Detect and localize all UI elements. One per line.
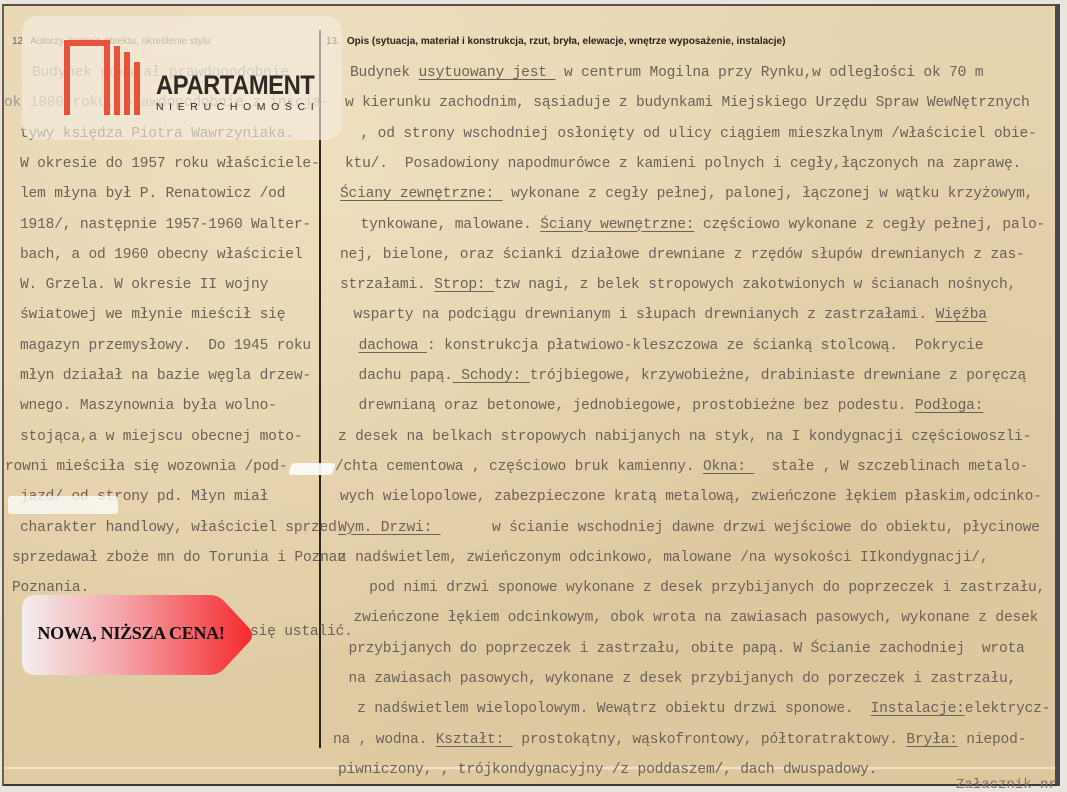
section-13-line: ktu/. Posadowiony napodmurówce z kamieni…: [345, 155, 1021, 173]
underlined-heading: Więźba: [935, 307, 986, 323]
underlined-heading: dachowa: [359, 338, 427, 354]
section-13-line: piwniczony, , trójkondygnacyjny /z podda…: [338, 761, 877, 779]
section-13-heading: 13.Opis (sytuacja, materiał i konstrukcj…: [326, 36, 785, 47]
paper-damage-chip: [288, 463, 336, 475]
section-13-line: na , wodna. Kształt: prostokątny, wąskof…: [333, 731, 1026, 749]
text-run: w kierunku zachodnim, sąsiaduje z budynk…: [345, 95, 1030, 111]
section-12-line: się ustalić.: [250, 623, 353, 641]
underlined-heading: Strop:: [434, 277, 494, 293]
section-13-line: tynkowane, malowane. Ściany wewnętrzne: …: [352, 216, 1045, 234]
underlined-heading: Wym. Drzwi:: [338, 520, 441, 536]
section-12-line: lem młyna był P. Renatowicz /od: [20, 185, 285, 203]
section-12-line: W okresie do 1957 roku właściciele-: [20, 155, 320, 173]
underlined-heading: Ściany wewnętrzne:: [540, 217, 694, 233]
underlined-heading: Ściany zewnętrzne:: [340, 186, 503, 202]
text-run: na , wodna.: [333, 732, 436, 748]
text-run: drewnianą oraz betonowe, jednobiegowe, p…: [350, 398, 915, 414]
text-run: /chta cementowa , częściowo bruk kamienn…: [335, 459, 703, 475]
text-run: piwniczony, , trójkondygnacyjny /z podda…: [338, 762, 877, 778]
section-13-line: w kierunku zachodnim, sąsiaduje z budynk…: [345, 94, 1030, 112]
section-13-line: strzałami. Strop: tzw nagi, z belek stro…: [340, 276, 1016, 294]
text-run: , od strony wschodniej osłonięty od ulic…: [352, 126, 1037, 142]
text-run: na zawiasach pasowych, wykonane z desek …: [340, 671, 1016, 687]
section-13-line: Ściany zewnętrzne: wykonane z cegły pełn…: [340, 185, 1033, 203]
text-run: nej, bielone, oraz ścianki działowe drew…: [340, 247, 1025, 263]
section-13-line: Wym. Drzwi: w ścianie wschodniej dawne d…: [338, 519, 1040, 537]
underlined-heading: Schody:: [453, 368, 530, 384]
text-run: zwieńczone łękiem odcinkowym, obok wrota…: [345, 610, 1038, 626]
section-13-line: nej, bielone, oraz ścianki działowe drew…: [340, 246, 1025, 264]
text-run: wych wielopolowe, zabezpieczone kratą me…: [340, 489, 1042, 505]
underlined-heading: Okna:: [703, 459, 754, 475]
section-12-line: 1918/, następnie 1957-1960 Walter-: [20, 216, 311, 234]
section-12-line: magazyn przemysłowy. Do 1945 roku: [20, 337, 311, 355]
text-run: pod nimi drzwi sponowe wykonane z desek …: [352, 580, 1045, 596]
section-12-line: W. Grzela. W okresie II wojny: [20, 276, 268, 294]
text-run: elektrycz-: [965, 701, 1051, 717]
text-run: częściowo wykonane z cegły pełnej, palo-: [694, 217, 1045, 233]
badge-label: NOWA, NIŻSZA CENA!: [26, 623, 236, 644]
footer-note: Załacznik nr: [956, 776, 1057, 792]
text-run: dachu papą.: [350, 368, 453, 384]
section-12-line: rowni mieściła się wozownia /pod-: [5, 458, 287, 476]
section-13-line: pod nimi drzwi sponowe wykonane z desek …: [352, 579, 1045, 597]
text-run: Budynek: [350, 65, 418, 81]
text-run: z desek na belkach stropowych nabijanych…: [338, 429, 1031, 445]
section-13-line: wsparty na podciągu drewnianym i słupach…: [345, 306, 987, 324]
section-13-line: dachu papą. Schody: trójbiegowe, krzywob…: [350, 367, 1026, 385]
text-run: strzałami.: [340, 277, 434, 293]
section-12-line: stojąca,a w miejscu obecnej moto-: [20, 428, 302, 446]
paper-damage-chip: [8, 496, 118, 514]
text-run: ktu/. Posadowiony napodmurówce z kamieni…: [345, 156, 1021, 172]
section-12-line: bach, a od 1960 obecny właściciel: [20, 246, 302, 264]
text-run: z nadświetlem, zwieńczonym odcinkowo, ma…: [338, 550, 988, 566]
text-run: w ścianie wschodniej dawne drzwi wejścio…: [441, 520, 1040, 536]
text-run: prostokątny, wąskofrontowy, półtoratrakt…: [513, 732, 907, 748]
text-run: : konstrukcja płatwiowo-kleszczowa ze śc…: [427, 338, 983, 354]
text-run: stałe , W szczeblinach metalo-: [754, 459, 1028, 475]
logo-subtitle: NIERUCHOMOŚCI: [156, 101, 319, 113]
text-run: w centrum Mogilna przy Rynku,w odległośc…: [555, 65, 983, 81]
underlined-heading: Instalacje:: [871, 701, 965, 717]
section-12-line: światowej we młynie mieścił się: [20, 306, 285, 324]
logo-title: APARTAMENT: [156, 70, 314, 101]
underlined-heading: Bryła:: [906, 732, 957, 748]
text-run: trójbiegowe, krzywobieżne, drabiniaste d…: [530, 368, 1026, 384]
section-13-line: z nadświetlem wielopolowym. Wewątrz obie…: [340, 700, 1050, 718]
underlined-heading: usytuowany jest: [418, 65, 555, 81]
text-run: wsparty na podciągu drewnianym i słupach…: [345, 307, 935, 323]
section-12-line: sprzedawał zboże mn do Torunia i Poznan: [12, 549, 346, 567]
section-13-line: zwieńczone łękiem odcinkowym, obok wrota…: [345, 609, 1038, 627]
text-run: niepod-: [958, 732, 1026, 748]
section-13-line: przybijanych do poprzeczek i zastrzału, …: [340, 640, 1025, 658]
section-12-line: młyn działał na bazie węgla drzew-: [20, 367, 311, 385]
section-12-line: wnego. Maszynownia była wolno-: [20, 397, 277, 415]
section-13-line: , od strony wschodniej osłonięty od ulic…: [352, 125, 1037, 143]
text-run: przybijanych do poprzeczek i zastrzału, …: [340, 641, 1025, 657]
text-run: tynkowane, malowane.: [352, 217, 540, 233]
text-run: [350, 338, 359, 354]
section-13-line: z nadświetlem, zwieńczonym odcinkowo, ma…: [338, 549, 988, 567]
price-drop-badge[interactable]: NOWA, NIŻSZA CENA!: [22, 595, 254, 675]
text-run: z nadświetlem wielopolowym. Wewątrz obie…: [340, 701, 871, 717]
text-run: tzw nagi, z belek stropowych zakotwionyc…: [494, 277, 1016, 293]
building-bars-logo-icon: [64, 40, 140, 115]
underlined-heading: Kształt:: [436, 732, 513, 748]
section-13-title: Opis (sytuacja, materiał i konstrukcja, …: [347, 36, 786, 47]
section-13-line: drewnianą oraz betonowe, jednobiegowe, p…: [350, 397, 983, 415]
section-13-line: z desek na belkach stropowych nabijanych…: [338, 428, 1031, 446]
section-13-line: /chta cementowa , częściowo bruk kamienn…: [335, 458, 1028, 476]
section-13-line: Budynek usytuowany jest w centrum Mogiln…: [350, 64, 983, 82]
section-13-line: wych wielopolowe, zabezpieczone kratą me…: [340, 488, 1042, 506]
section-12-line: charakter handlowy, właściciel sprzed: [20, 519, 337, 537]
section-13-line: na zawiasach pasowych, wykonane z desek …: [340, 670, 1016, 688]
section-13-line: dachowa : konstrukcja płatwiowo-kleszczo…: [350, 337, 983, 355]
underlined-heading: Podłoga:: [915, 398, 983, 414]
text-run: wykonane z cegły pełnej, palonej, łączon…: [503, 186, 1034, 202]
